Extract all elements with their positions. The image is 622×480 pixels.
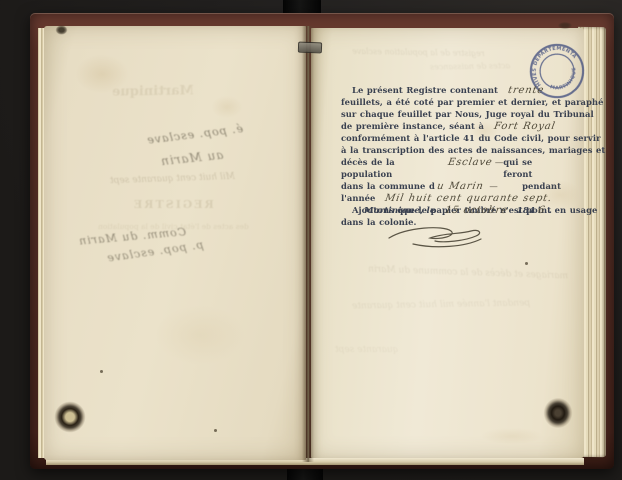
dateline: Martinique, le 15 octobre 184 6 . <box>364 206 552 216</box>
ink-mark-top-left <box>54 24 69 36</box>
printed-place: Martinique, le <box>364 206 436 216</box>
printed-text: de première instance, séant à <box>341 121 484 131</box>
declaration-line: Le présent Registre contenant trente <box>341 84 587 96</box>
bleedthrough-registre-heading: REGISTRE <box>132 198 214 211</box>
printed-text: décès de la population <box>341 156 442 180</box>
judge-signature <box>385 221 493 251</box>
bleedthrough-faint-line: actes de naissances <box>430 61 510 71</box>
ink-speck <box>100 370 103 373</box>
declaration-line: conformément à l'article 41 du Code civi… <box>341 132 587 144</box>
declaration-line: sur chaque feuillet par Nous, Juge royal… <box>341 108 587 120</box>
paper-stain <box>465 118 503 144</box>
ink-mark-top-right <box>556 21 574 30</box>
ink-speck <box>525 262 528 265</box>
printed-text: Le présent Registre contenant <box>352 85 498 95</box>
handwritten-entry-year: Mil huit cent quarante sept. <box>384 194 553 204</box>
paper-stain <box>470 425 554 447</box>
paper-stain <box>534 175 586 215</box>
printed-rule: — <box>495 156 503 168</box>
handwritten-entry-sheet-count: trente <box>507 86 545 96</box>
printed-text: dans la commune d <box>341 180 435 192</box>
bleedthrough-faint-line: quarante sept <box>335 345 399 355</box>
ink-speck <box>214 429 217 432</box>
paper-stain <box>206 92 248 122</box>
declaration-line: feuillets, a été coté par premier et der… <box>341 96 587 108</box>
scanned-register-photograph: Martinique é. pop. esclave au Marin Mil … <box>0 0 622 480</box>
book-gutter <box>302 26 314 462</box>
printed-rule: — <box>489 180 497 192</box>
printed-text: l'année <box>341 193 375 203</box>
gutter-clamp-tip <box>298 42 322 54</box>
handwritten-entry-population: Esclave <box>448 158 494 168</box>
paper-stain <box>140 295 260 375</box>
handwritten-entry-commune: u Marin <box>436 182 484 192</box>
declaration-line: à la transcription des actes de naissanc… <box>341 144 587 156</box>
paper-stain <box>66 48 138 100</box>
burn-mark-right-page <box>540 394 576 432</box>
handwritten-day-month: 15 octobre <box>444 206 508 216</box>
printed-year-prefix: 184 <box>517 206 536 216</box>
declaration-line: de première instance, séant à Fort Royal <box>341 120 587 132</box>
